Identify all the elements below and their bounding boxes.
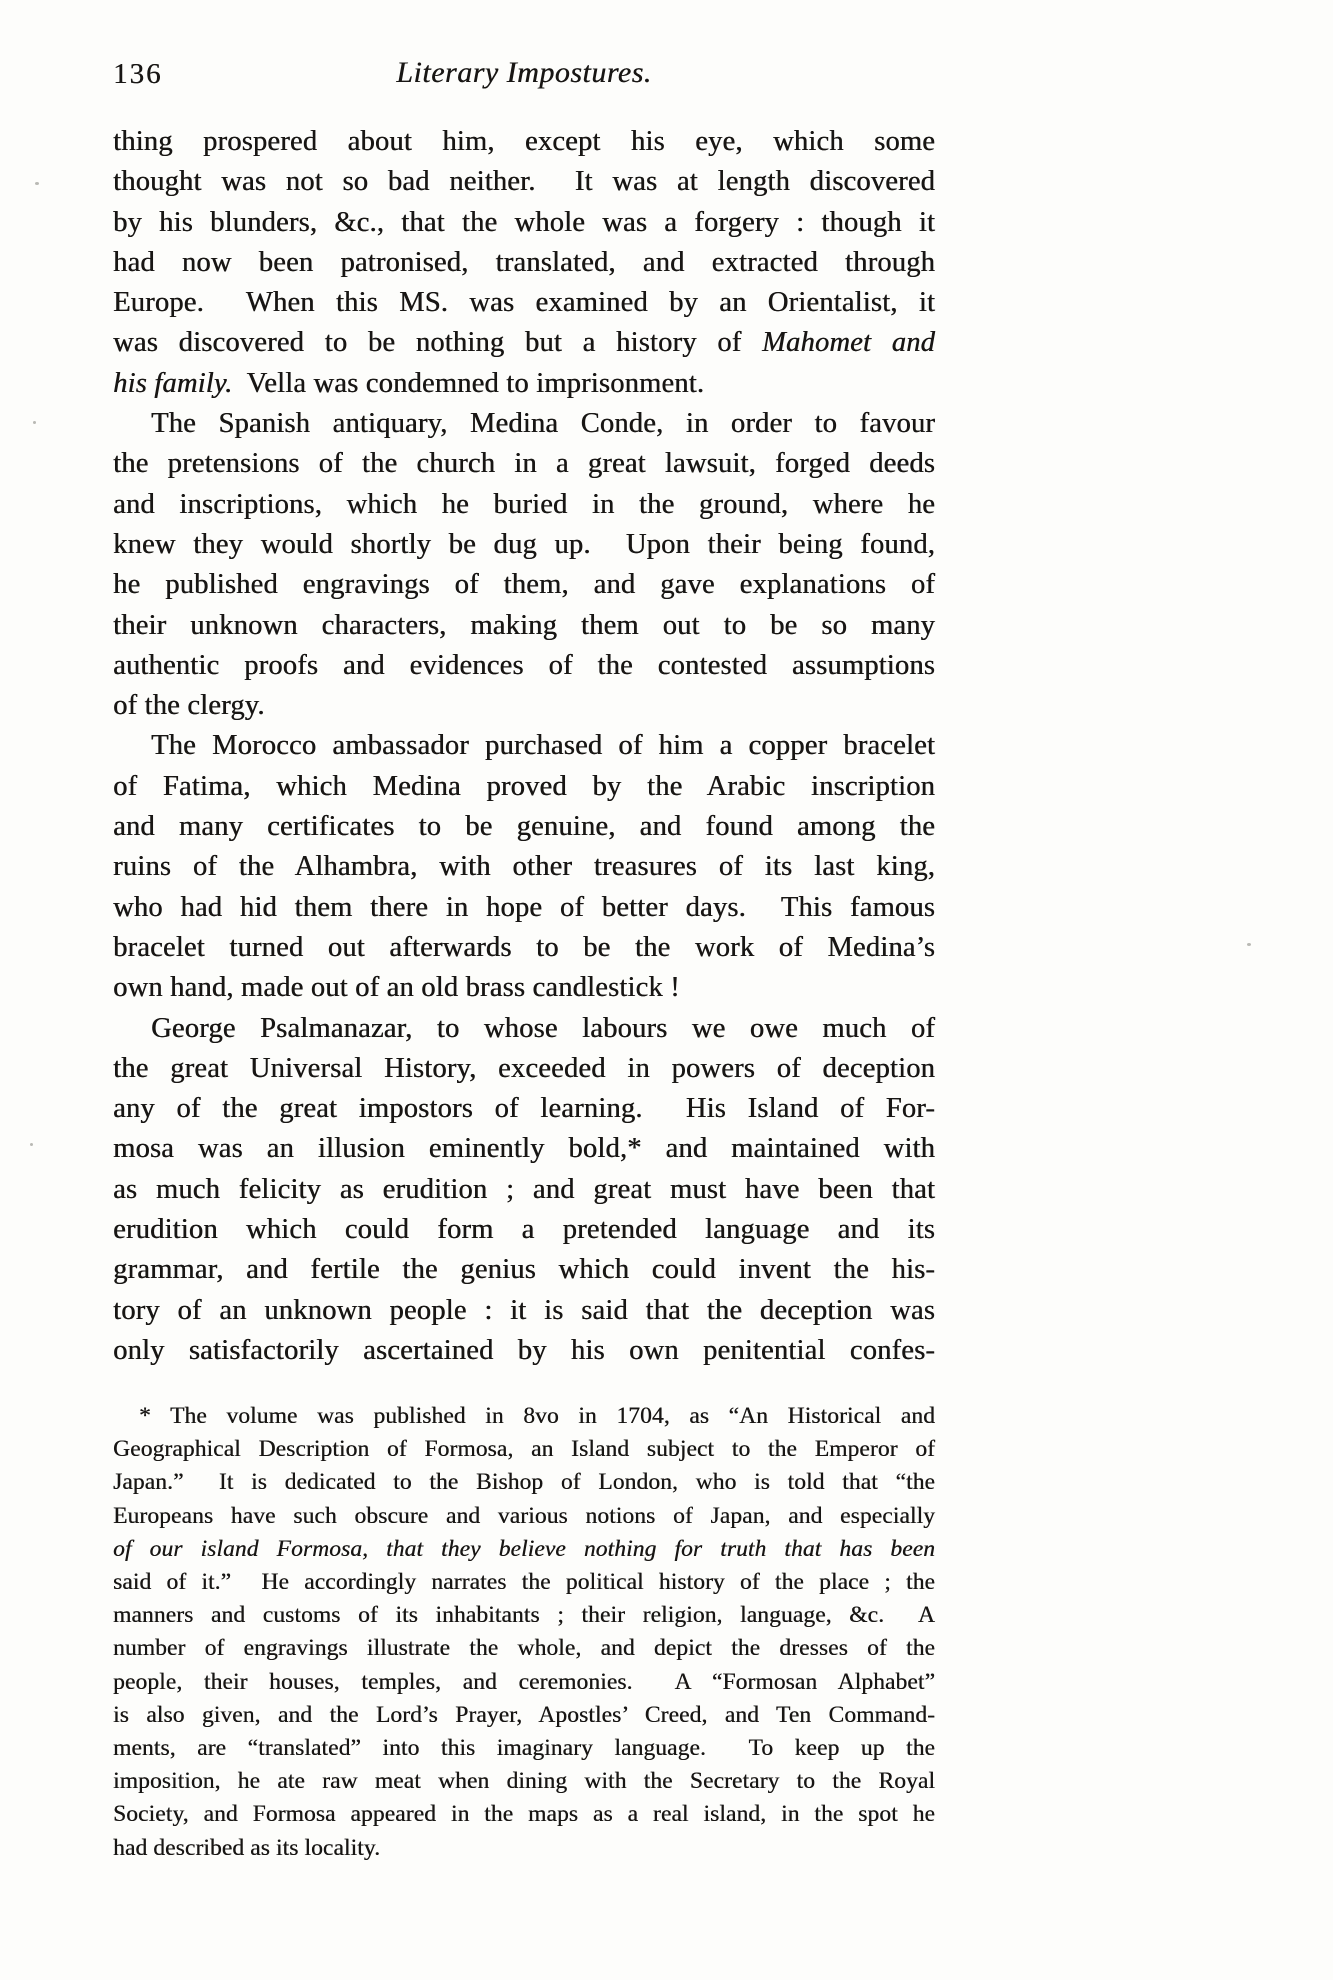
paragraph-2-line: he published engravings of them, and gav… — [113, 565, 935, 605]
paragraph-3-line: ruins of the Alhambra, with other treasu… — [113, 847, 935, 887]
paragraph-4-line: as much felicity as erudition ; and grea… — [113, 1170, 935, 1210]
footnote-line: Japan.” It is dedicated to the Bishop of… — [113, 1466, 935, 1499]
paragraph-4: George Psalmanazar, to whose labours we … — [113, 1009, 935, 1372]
paragraph-2-line: The Spanish antiquary, Medina Conde, in … — [113, 404, 935, 444]
footnote-line: is also given, and the Lord’s Prayer, Ap… — [113, 1699, 935, 1732]
footnote-line: number of engravings illustrate the whol… — [113, 1632, 935, 1665]
paragraph-3-line: who had hid them there in hope of better… — [113, 888, 935, 928]
paragraph-1-line: Europe. When this MS. was examined by an… — [113, 283, 935, 323]
paragraph-2-line: authentic proofs and evidences of the co… — [113, 646, 935, 686]
scan-speck — [1247, 943, 1251, 946]
footnote-line: manners and customs of its inhabitants ;… — [113, 1599, 935, 1632]
body-text: thing prospered about him, except his ey… — [113, 122, 935, 1371]
paragraph-3-line: of Fatima, which Medina proved by the Ar… — [113, 767, 935, 807]
paragraph-3-line: The Morocco ambassador purchased of him … — [113, 726, 935, 766]
footnote-line: Society, and Formosa appeared in the map… — [113, 1798, 935, 1831]
footnote-line: Geographical Description of Formosa, an … — [113, 1433, 935, 1466]
paragraph-2-line: and inscriptions, which he buried in the… — [113, 485, 935, 525]
paragraph-4-line: grammar, and fertile the genius which co… — [113, 1250, 935, 1290]
scan-speck — [33, 421, 36, 424]
paragraph-1-line: thing prospered about him, except his ey… — [113, 122, 935, 162]
paragraph-4-line: George Psalmanazar, to whose labours we … — [113, 1009, 935, 1049]
paragraph-2-line: their unknown characters, making them ou… — [113, 606, 935, 646]
paragraph-1-line: was discovered to be nothing but a histo… — [113, 323, 935, 363]
footnote-line: of our island Formosa, that they believe… — [113, 1533, 935, 1566]
scan-speck — [30, 1143, 33, 1146]
book-page: 136 Literary Impostures. thing prospered… — [0, 0, 1333, 1980]
italic-text: his family. — [113, 368, 232, 399]
paragraph-4-line: the great Universal History, exceeded in… — [113, 1049, 935, 1089]
paragraph-1: thing prospered about him, except his ey… — [113, 122, 935, 404]
running-title: Literary Impostures. — [113, 56, 935, 90]
paragraph-1-line: by his blunders, &c., that the whole was… — [113, 203, 935, 243]
paragraph-4-line: any of the great impostors of learning. … — [113, 1089, 935, 1129]
paragraph-1-line: had now been patronised, translated, and… — [113, 243, 935, 283]
paragraph-4-line: tory of an unknown people : it is said t… — [113, 1291, 935, 1331]
paragraph-2: The Spanish antiquary, Medina Conde, in … — [113, 404, 935, 726]
footnote-line: Europeans have such obscure and various … — [113, 1500, 935, 1533]
paragraph-4-line: only satisfactorily ascertained by his o… — [113, 1331, 935, 1371]
italic-text: of our island Formosa, that they believe… — [113, 1536, 935, 1562]
footnote-line: ments, are “translated” into this imagin… — [113, 1732, 935, 1765]
paragraph-2-line: knew they would shortly be dug up. Upon … — [113, 525, 935, 565]
italic-text: Mahomet and — [762, 327, 935, 358]
paragraph-1-line: his family. Vella was condemned to impri… — [113, 364, 935, 404]
paragraph-4-line: mosa was an illusion eminently bold,* an… — [113, 1129, 935, 1169]
paragraph-2-line: the pretensions of the church in a great… — [113, 444, 935, 484]
footnote: * The volume was published in 8vo in 170… — [113, 1400, 935, 1865]
paragraph-2-line: of the clergy. — [113, 686, 935, 726]
footnote-line: had described as its locality. — [113, 1832, 935, 1865]
footnote-line: said of it.” He accordingly narrates the… — [113, 1566, 935, 1599]
paragraph-3-line: and many certificates to be genuine, and… — [113, 807, 935, 847]
page-header: 136 Literary Impostures. — [113, 56, 935, 100]
paragraph-1-line: thought was not so bad neither. It was a… — [113, 162, 935, 202]
footnote-line: * The volume was published in 8vo in 170… — [113, 1400, 935, 1433]
paragraph-4-line: erudition which could form a pretended l… — [113, 1210, 935, 1250]
paragraph-3-line: bracelet turned out afterwards to be the… — [113, 928, 935, 968]
scan-speck — [35, 182, 39, 185]
paragraph-3-line: own hand, made out of an old brass candl… — [113, 968, 935, 1008]
paragraph-3: The Morocco ambassador purchased of him … — [113, 726, 935, 1008]
footnote-line: imposition, he ate raw meat when dining … — [113, 1765, 935, 1798]
footnote-line: people, their houses, temples, and cerem… — [113, 1666, 935, 1699]
